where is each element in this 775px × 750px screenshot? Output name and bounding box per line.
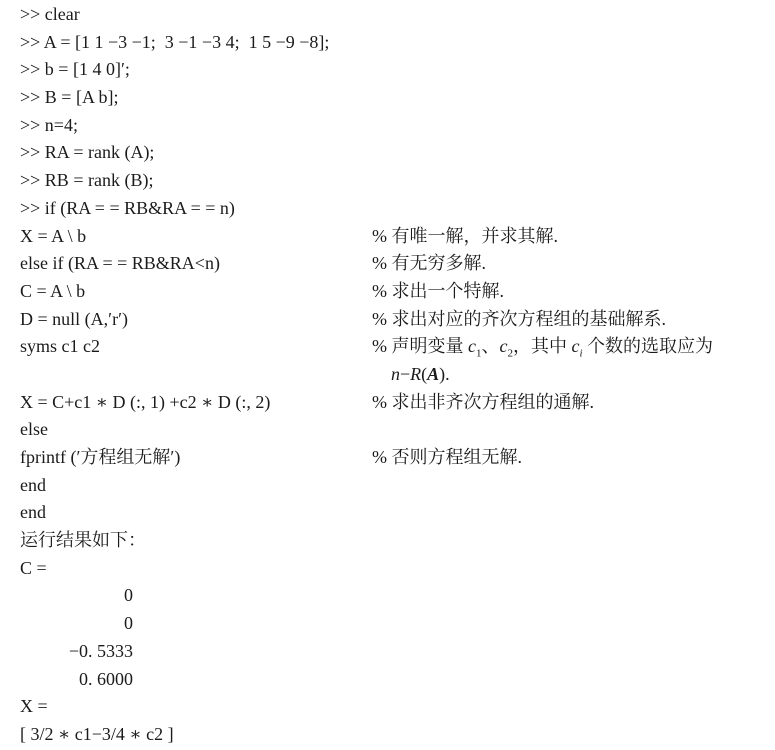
console-line: >> B = [A b]; [0,84,775,112]
func-R: R [410,364,421,384]
code-line: end [20,472,46,500]
code-line: C = A \ b [20,278,85,306]
code-line: else [20,416,48,444]
output-value: 0 [0,582,133,610]
console-line: fprintf (′方程组无解′) % 否则方程组无解. [0,444,775,472]
comment-text: 、 [482,336,500,356]
console-line: else if (RA = = RB&RA<n) % 有无穷多解. [0,250,775,278]
code-comment: % 有唯一解，并求其解. [372,223,558,251]
code-comment-syms: % 声明变量 c1、c2，其中 ci 个数的选取应为 [372,333,713,361]
code-line: fprintf (′方程组无解′) [20,444,180,472]
console-line: syms c1 c2 % 声明变量 c1、c2，其中 ci 个数的选取应为 [0,333,775,361]
code-comment: % 求出非齐次方程组的通解. [372,389,594,417]
console-line: >> A = [1 1 −3 −1; 3 −1 −3 4; 1 5 −9 −8]… [0,29,775,57]
run-result-label: 运行结果如下： [20,527,146,555]
code-line: syms c1 c2 [20,333,100,361]
code-line: >> RB = rank (B); [20,167,153,195]
code-line: >> A = [1 1 −3 −1; 3 −1 −3 4; 1 5 −9 −8]… [20,29,329,57]
code-line: >> RA = rank (A); [20,139,154,167]
var-n: n [391,364,400,384]
console-line: 运行结果如下： [0,527,775,555]
console-line: C = A \ b % 求出一个特解. [0,278,775,306]
console-line: X = A \ b % 有唯一解，并求其解. [0,223,775,251]
console-line: D = null (A,′r′) % 求出对应的齐次方程组的基础解系. [0,306,775,334]
console-line: 0 [0,582,775,610]
code-comment: % 求出对应的齐次方程组的基础解系. [372,306,666,334]
console-line: >> if (RA = = RB&RA = = n) [0,195,775,223]
code-line: >> if (RA = = RB&RA = = n) [20,195,235,223]
output-value: −0. 5333 [0,638,133,666]
var-c2: c [500,336,508,356]
console-line: >> RA = rank (A); [0,139,775,167]
minus-sign: − [400,364,410,384]
var-ci: c [572,336,580,356]
console-line: end [0,472,775,500]
console-line: >> b = [1 4 0]′; [0,56,775,84]
code-line: end [20,499,46,527]
output-value: 0. 6000 [0,666,133,694]
console-line: >> n=4; [0,112,775,140]
output-value: 0 [0,610,133,638]
console-line: [ 3/2 ∗ c1−3/4 ∗ c2 ] [0,721,775,749]
code-line: >> B = [A b]; [20,84,118,112]
code-comment: % 求出一个特解. [372,278,504,306]
comment-text: % 声明变量 [372,336,468,356]
console-line: X = [0,693,775,721]
matlab-code-listing: >> clear >> A = [1 1 −3 −1; 3 −1 −3 4; 1… [0,0,775,750]
comment-text: 个数的选取应为 [583,336,714,356]
code-line: X = C+c1 ∗ D (:, 1) +c2 ∗ D (:, 2) [20,389,270,417]
code-line: >> b = [1 4 0]′; [20,56,130,84]
console-line: C = [0,555,775,583]
console-line: −0. 5333 [0,638,775,666]
console-line: 0 [0,610,775,638]
code-comment: % 否则方程组无解. [372,444,522,472]
console-line: >> RB = rank (B); [0,167,775,195]
code-line: >> clear [20,1,80,29]
console-line: X = C+c1 ∗ D (:, 1) +c2 ∗ D (:, 2) % 求出非… [0,389,775,417]
output-expression: [ 3/2 ∗ c1−3/4 ∗ c2 ] [20,721,174,749]
console-line: else [0,416,775,444]
var-c1: c [468,336,476,356]
console-line: n−R(A). [0,361,775,389]
comment-continuation: n−R(A). [391,361,450,389]
console-line: >> clear [0,1,775,29]
code-line: X = A \ b [20,223,86,251]
comment-text: ，其中 [513,336,572,356]
code-line: D = null (A,′r′) [20,306,128,334]
code-line: >> n=4; [20,112,78,140]
output-var-c: C = [20,555,47,583]
code-comment: % 有无穷多解. [372,250,486,278]
console-line: end [0,499,775,527]
code-line: else if (RA = = RB&RA<n) [20,250,220,278]
console-line: 0. 6000 [0,666,775,694]
matrix-A: A [427,364,439,384]
output-var-x: X = [20,693,48,721]
paren-close: ). [439,364,450,384]
